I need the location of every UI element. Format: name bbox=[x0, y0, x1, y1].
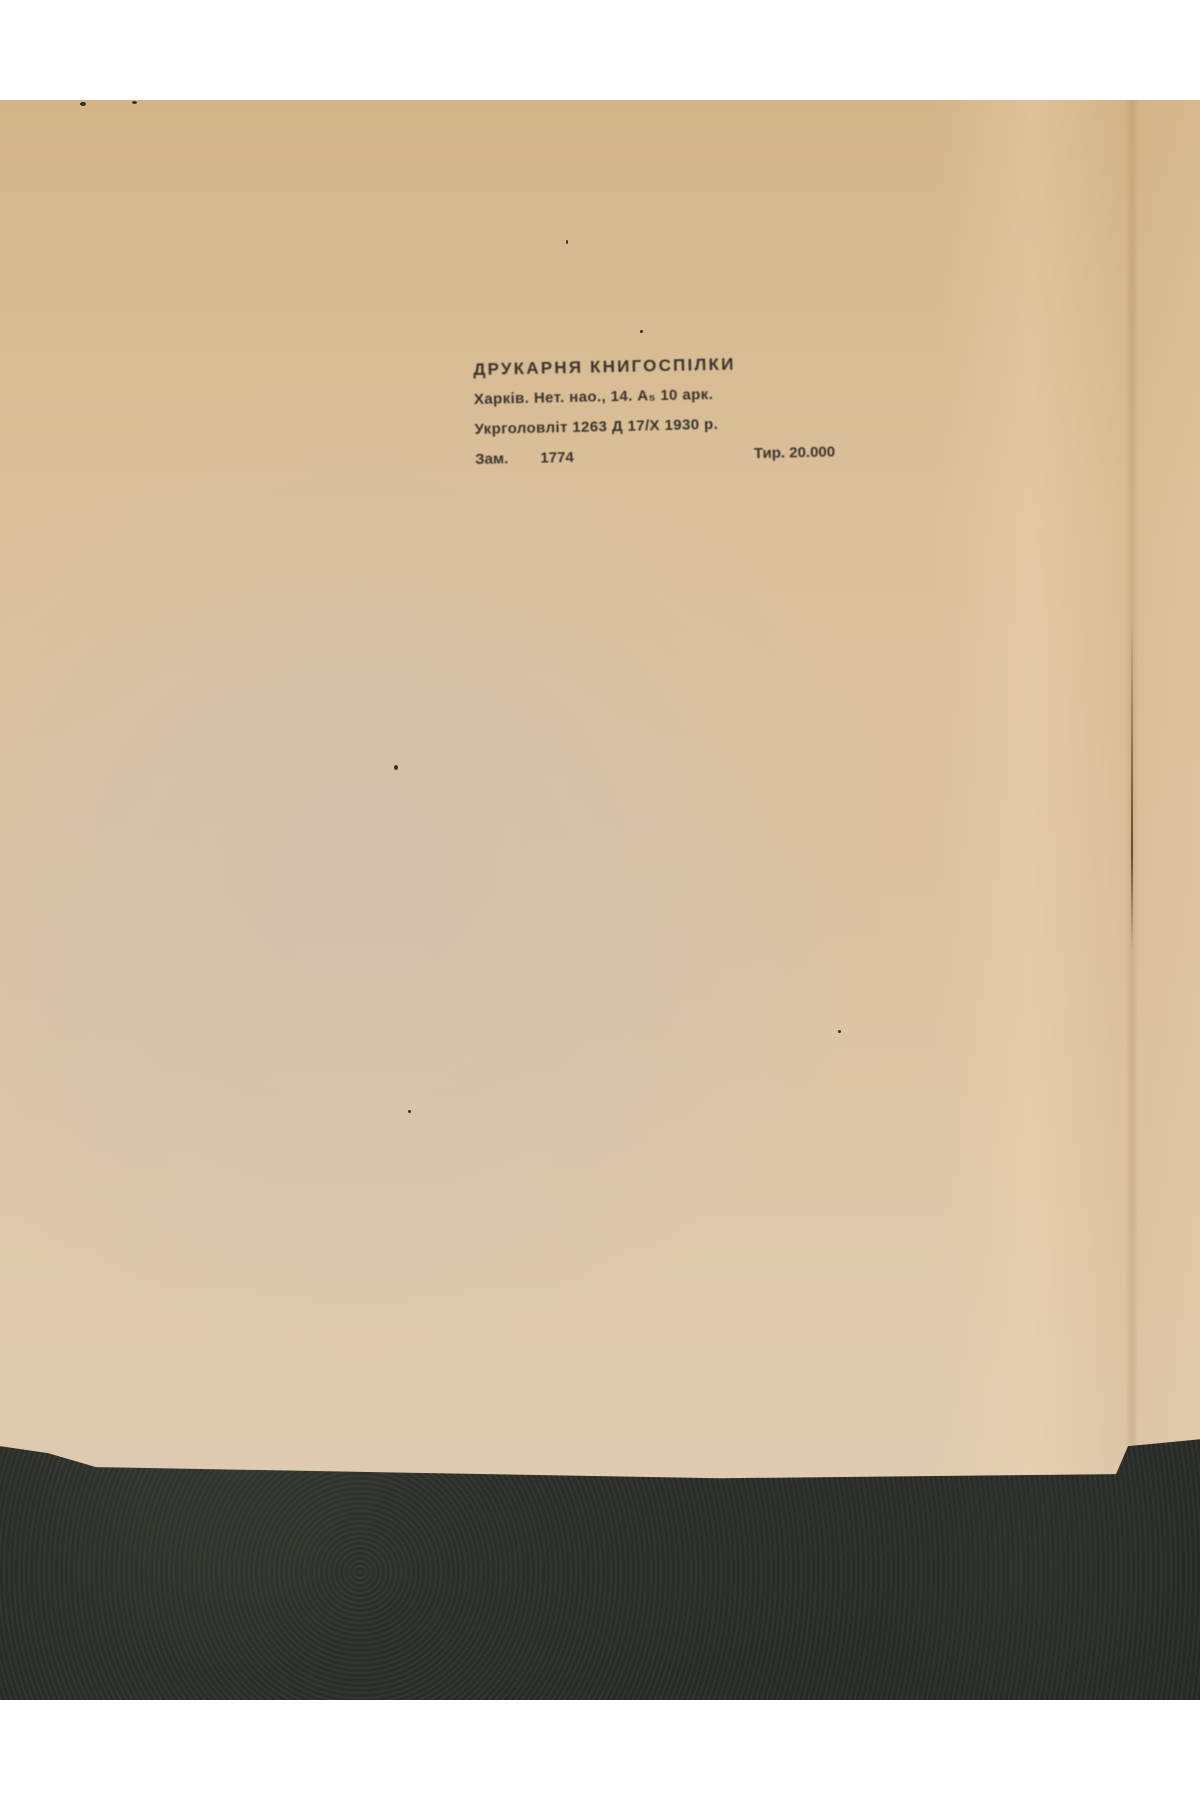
page-fold-line bbox=[1131, 620, 1133, 950]
ink-speck bbox=[566, 240, 568, 244]
printer-colophon: ДРУКАРНЯ КНИГОСПІЛКИ Харків. Нет. нао., … bbox=[473, 347, 835, 475]
order-label: Зам. bbox=[475, 450, 508, 468]
order-info: Зам. 1774 bbox=[475, 443, 574, 475]
scanned-photo: ДРУКАРНЯ КНИГОСПІЛКИ Харків. Нет. нао., … bbox=[0, 100, 1200, 1700]
ink-speck bbox=[408, 1110, 411, 1113]
ink-speck bbox=[640, 330, 643, 333]
ink-speck bbox=[394, 765, 398, 770]
ink-speck bbox=[80, 102, 86, 106]
order-and-print-run: Зам. 1774 Тир. 20.000 bbox=[475, 437, 836, 475]
order-number: 1774 bbox=[540, 449, 574, 467]
book-page: ДРУКАРНЯ КНИГОСПІЛКИ Харків. Нет. нао., … bbox=[0, 100, 1200, 1495]
ink-speck bbox=[838, 1030, 841, 1033]
print-run: Тир. 20.000 bbox=[754, 437, 836, 469]
ink-speck bbox=[132, 101, 137, 104]
